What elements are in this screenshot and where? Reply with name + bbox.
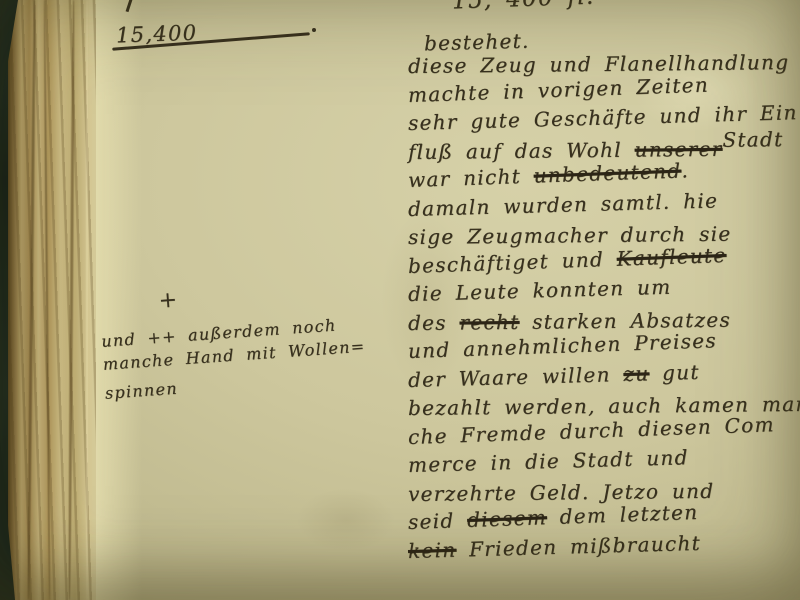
page-edge-streak [86,0,88,600]
binding-shadow-top [0,0,18,110]
binding-shadow-bottom [0,440,15,600]
page-edge-streak [27,0,36,600]
page-edge-streak [68,0,75,600]
overline-end-dot [312,28,316,32]
manuscript-body: diese Zeug und Flanellhandlungmachte in … [408,52,800,565]
margin-note: + und ++ außerdem noch manche Hand mit W… [98,272,415,404]
page-stack-edges [8,0,104,600]
sum-annotation-left: 15,400 [116,21,198,48]
page-edge-streak [43,0,50,600]
manuscript-photo: 15,400 15, 400 fl. bestehet. diese Zeug … [0,0,800,600]
